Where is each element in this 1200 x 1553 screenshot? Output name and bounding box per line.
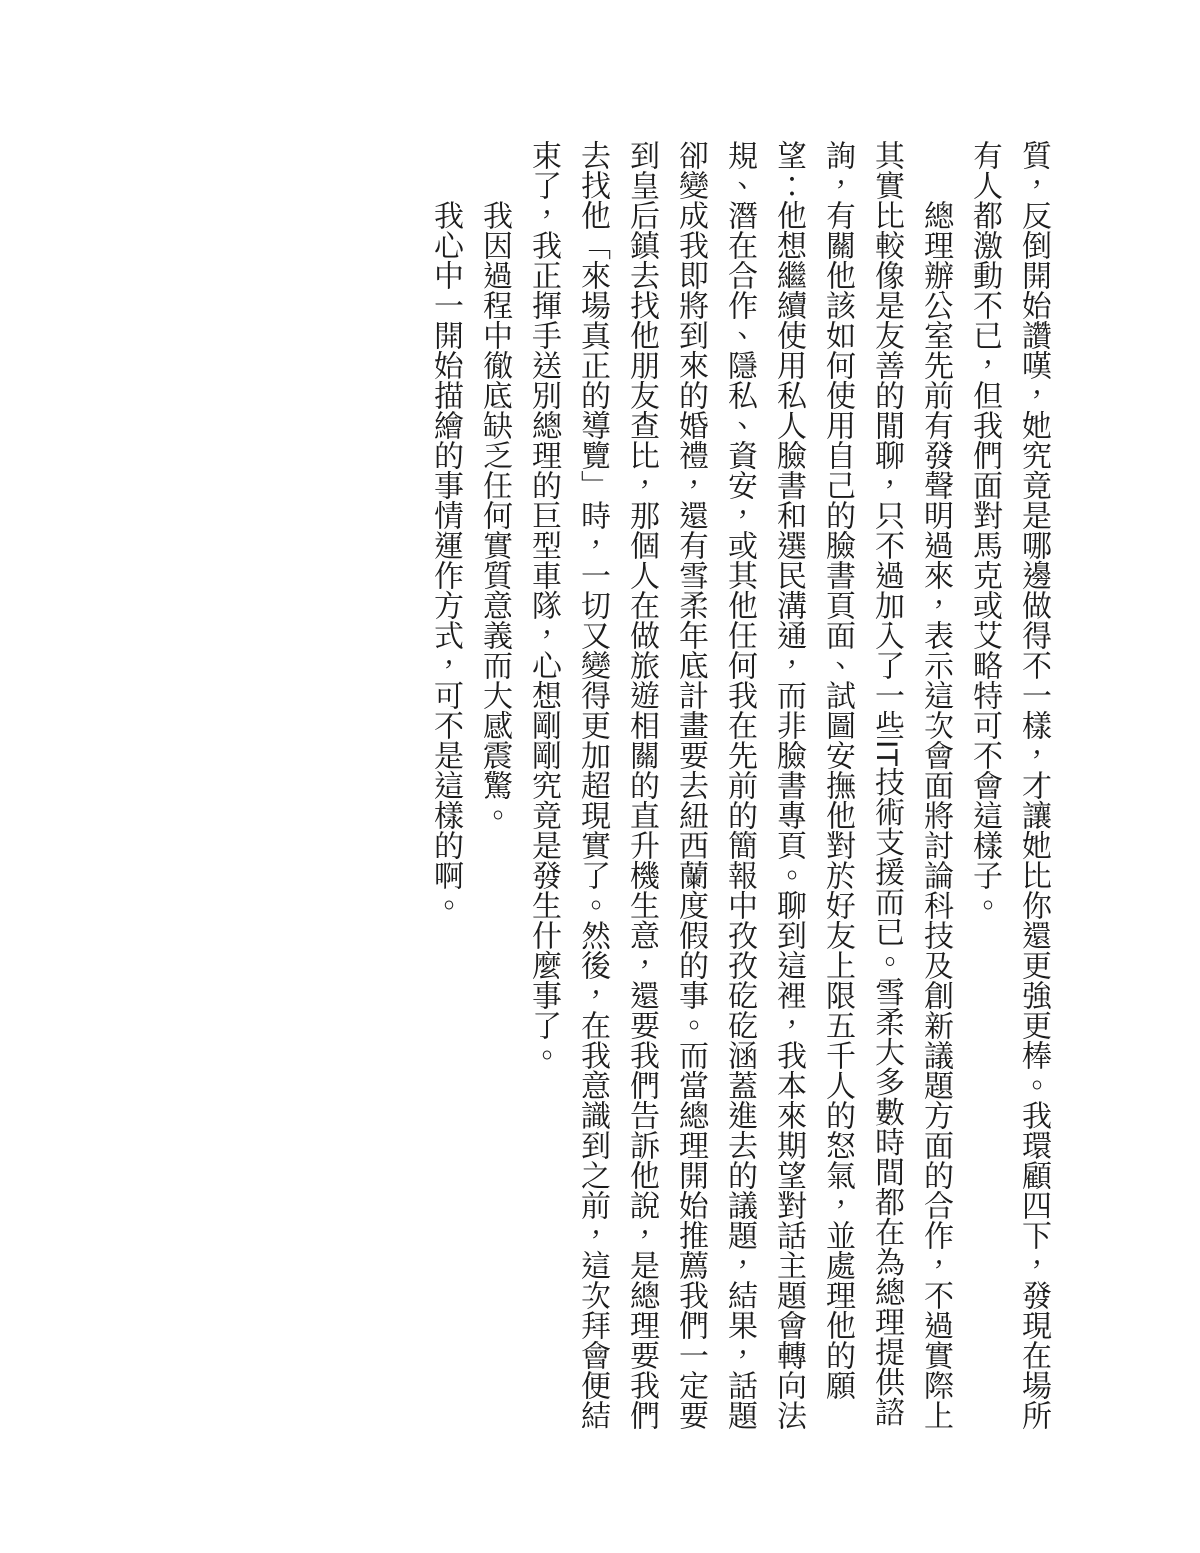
paragraph-2: 總理辦公室先前有發聲明過來，表示這次會面將討論科技及創新議題方面的合作，不過實際… [519, 140, 960, 1435]
paragraph-3: 我因過程中徹底缺乏任何實質意義而大感震驚。 [470, 140, 519, 1435]
paragraph-4: 我心中一開始描繪的事情運作方式，可不是這樣的啊。 [421, 140, 470, 1435]
vertical-text-block: 質，反倒開始讚嘆，她究竟是哪邊做得不一樣，才讓她比你還更強更棒。我環顧四下，發現… [421, 140, 1058, 1435]
paragraph-1: 質，反倒開始讚嘆，她究竟是哪邊做得不一樣，才讓她比你還更強更棒。我環顧四下，發現… [960, 140, 1058, 1435]
book-page: 質，反倒開始讚嘆，她究竟是哪邊做得不一樣，才讓她比你還更強更棒。我環顧四下，發現… [0, 0, 1200, 1553]
